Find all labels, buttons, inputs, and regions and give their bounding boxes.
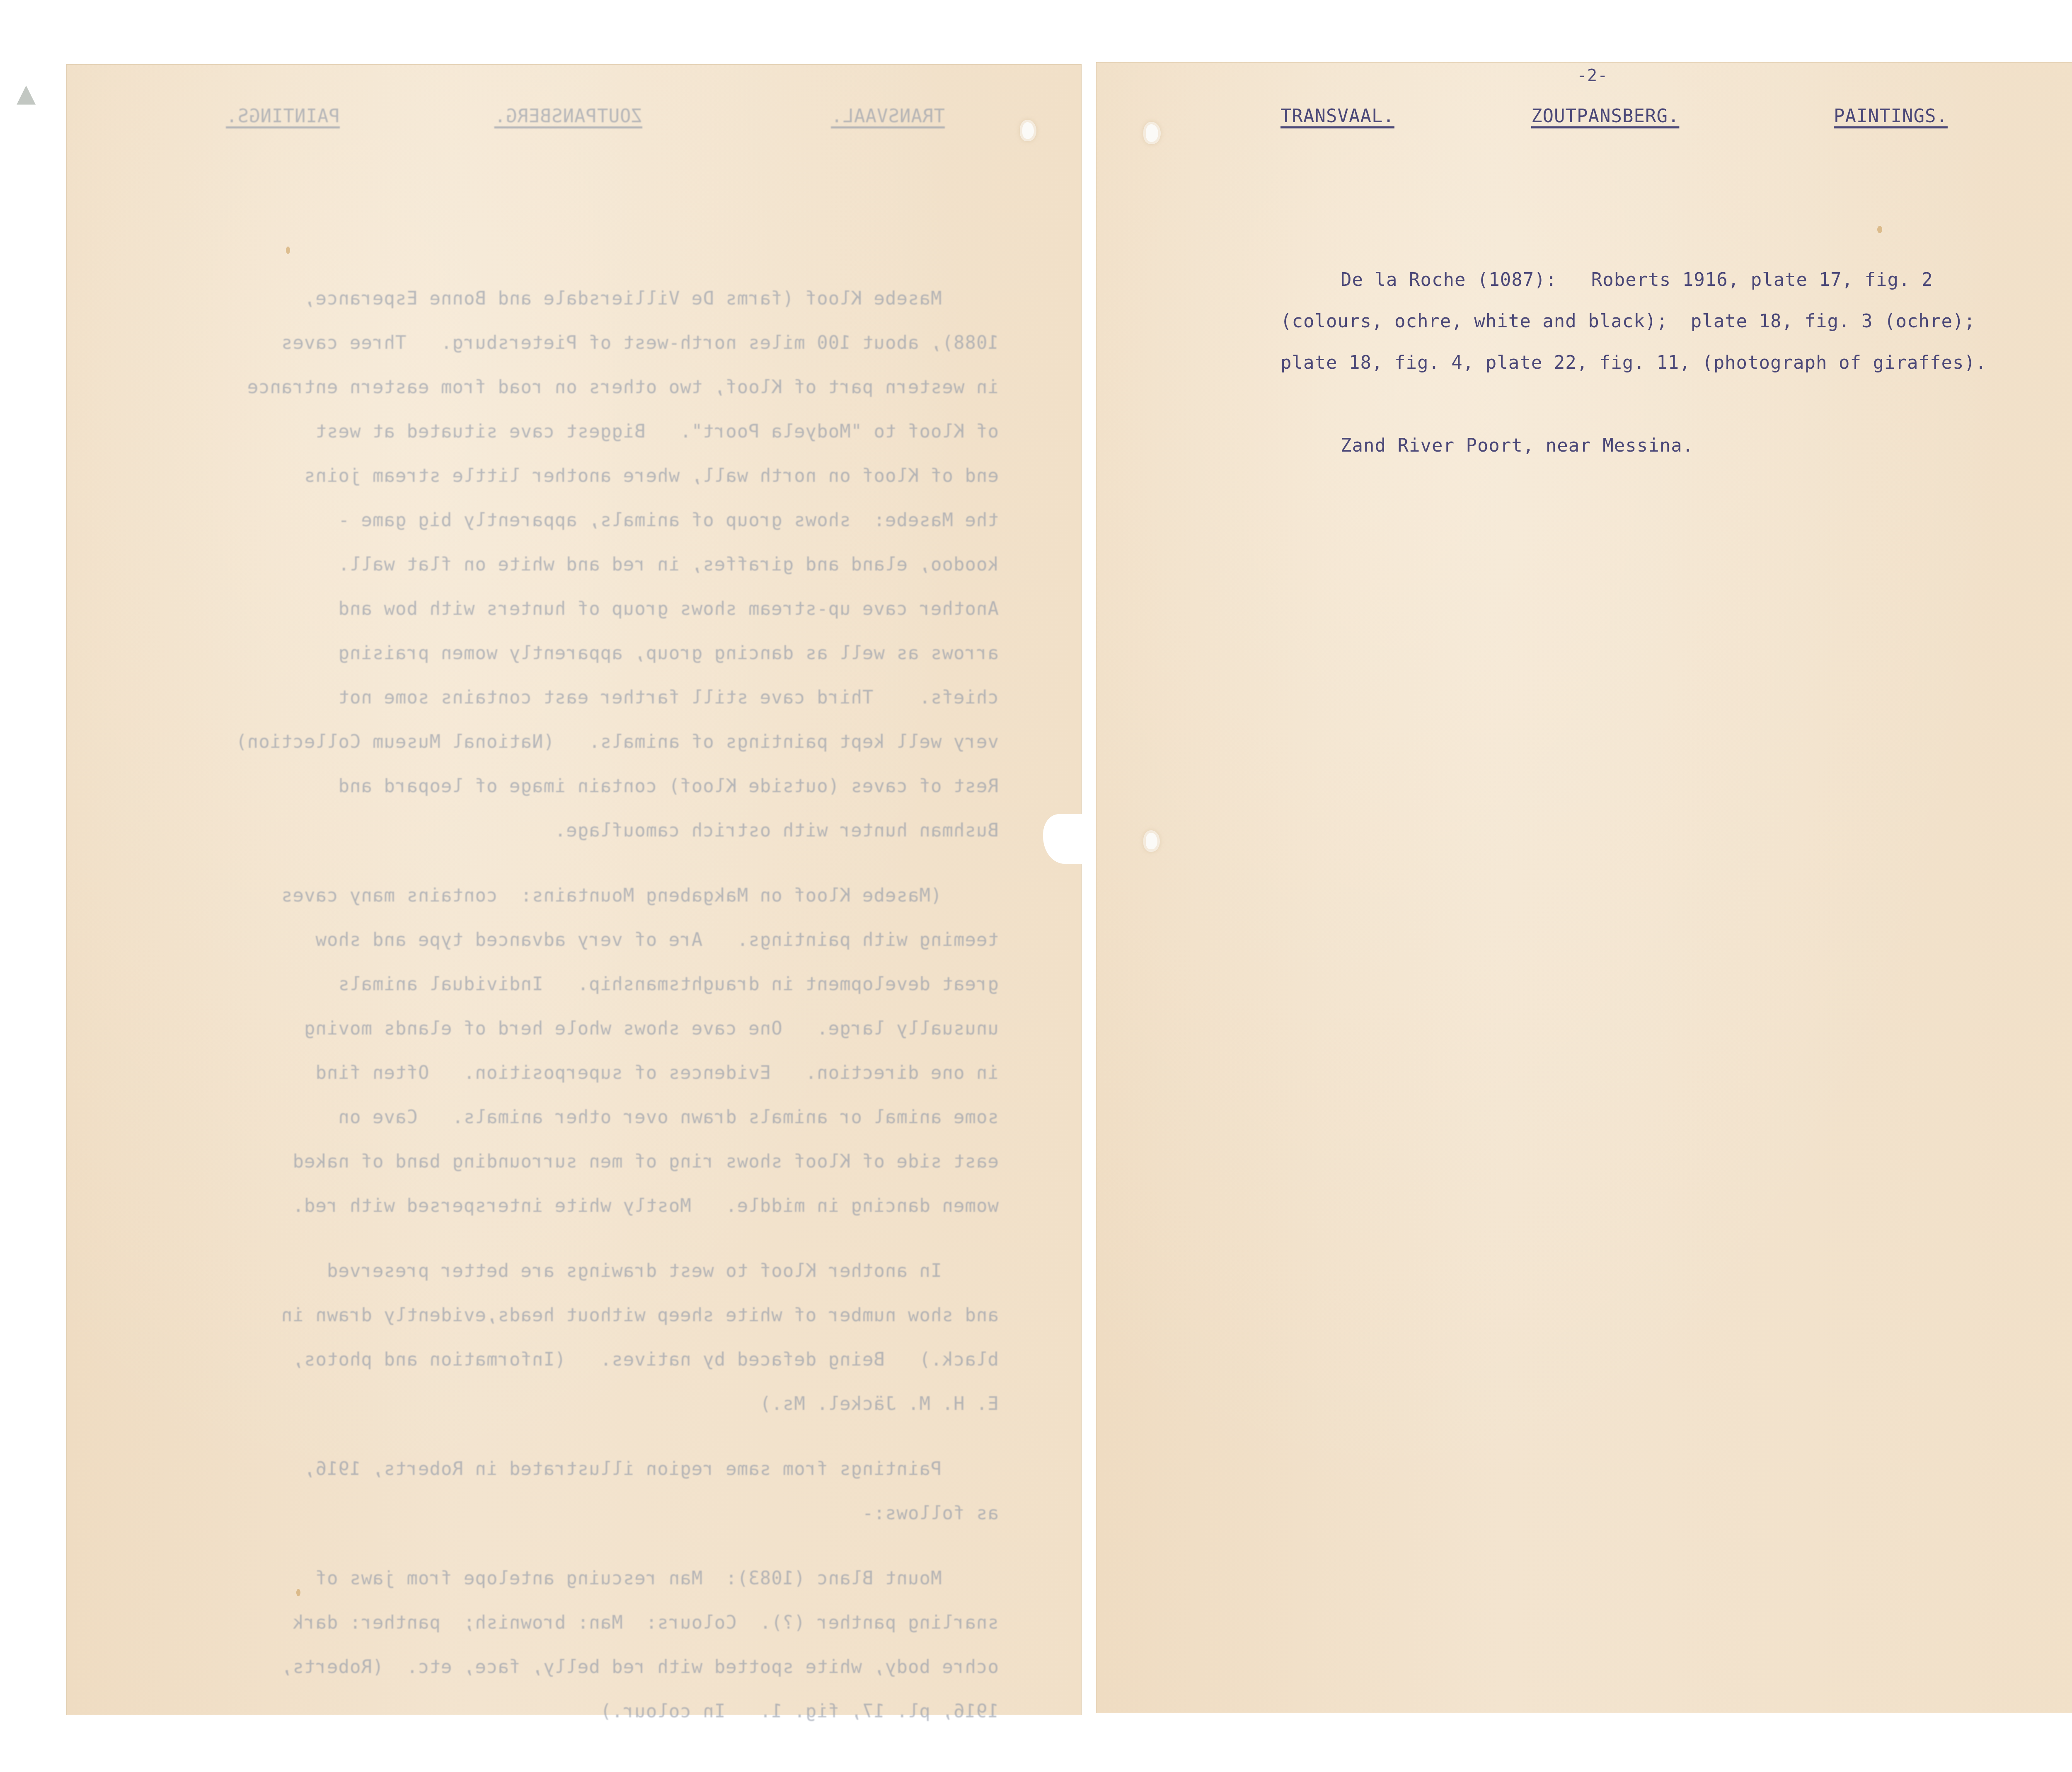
reverse-text-line: east side of Kloof shows ring of men sur… <box>293 1151 999 1172</box>
page-number: -2- <box>1577 66 1608 85</box>
entry-de-la-roche-line-3: plate 18, fig. 4, plate 22, fig. 11, (ph… <box>1280 352 1987 373</box>
reverse-header-paintings: PAINTINGS. <box>226 106 340 127</box>
entry-de-la-roche-line-2: (colours, ochre, white and black); plate… <box>1280 311 1975 332</box>
stain-spot <box>296 1589 300 1596</box>
reverse-text-line: snarling panther (?). Colours: Man: brow… <box>293 1612 999 1633</box>
header-zoutpansberg: ZOUTPANSBERG. <box>1531 106 1679 127</box>
reverse-text-line: Mount Blanc (1083): Man rescuing antelop… <box>315 1568 999 1589</box>
reverse-text-line: 1088), about 100 miles north-west of Pie… <box>281 332 999 353</box>
reverse-text-line: chiefs. Third cave still farther east co… <box>338 687 999 708</box>
reverse-text-line: great development in draughtsmanship. In… <box>338 974 999 995</box>
reverse-page: TRANSVAAL. ZOUTPANSBERG. PAINTINGS. Mase… <box>66 64 1082 1715</box>
reverse-text-line: black.) Being defaced by natives. (Infor… <box>293 1349 999 1370</box>
reverse-text-line: the Masebe: shows group of animals, appa… <box>338 510 999 531</box>
reverse-header-transvaal: TRANSVAAL. <box>831 106 945 127</box>
stain-spot <box>1877 226 1882 233</box>
reverse-text-line: in one direction. Evidences of superposi… <box>315 1062 999 1083</box>
front-page: -2- TRANSVAAL. ZOUTPANSBERG. PAINTINGS. … <box>1096 62 2072 1713</box>
header-paintings: PAINTINGS. <box>1834 106 1948 127</box>
punch-hole <box>1146 124 1158 142</box>
punch-hole <box>1022 122 1034 139</box>
reverse-text-line: teeming with paintings. Are of very adva… <box>315 929 999 950</box>
reverse-header-zoutpansberg: ZOUTPANSBERG. <box>494 106 642 127</box>
header-transvaal: TRANSVAAL. <box>1280 106 1394 127</box>
reverse-text-line: In another Kloof to west drawings are be… <box>327 1260 999 1281</box>
reverse-text-line: Masebe Kloof (farms De Villiersdale and … <box>304 288 999 309</box>
punch-hole <box>1146 833 1157 849</box>
reverse-text-line: Rest of caves (outside Kloof) contain im… <box>338 776 999 797</box>
reverse-text-line: Bushman hunter with ostrich camouflage. <box>554 820 999 841</box>
reverse-text-line: koodoo, eland and giraffes, in red and w… <box>338 554 999 575</box>
reverse-text-line: women dancing in middle. Mostly white in… <box>293 1195 999 1216</box>
reverse-text-line: and show number of white sheep without h… <box>281 1305 999 1326</box>
reverse-text-line: in western part of Kloof, two others on … <box>247 377 999 398</box>
reverse-text-line: E. H. M. Jäckel. Ms.) <box>760 1393 999 1414</box>
reverse-text-line: some animal or animals drawn over other … <box>338 1107 999 1128</box>
mirrored-show-through: TRANSVAAL. ZOUTPANSBERG. PAINTINGS. Mase… <box>66 64 1082 1715</box>
entry-de-la-roche-line-1: De la Roche (1087): Roberts 1916, plate … <box>1341 269 1933 290</box>
reverse-text-line: arrows as well as dancing group, apparen… <box>338 643 999 664</box>
reverse-text-line: very well kept paintings of animals. (Na… <box>235 731 999 752</box>
entry-zand-river-poort: Zand River Poort, near Messina. <box>1341 435 1694 456</box>
stain-spot <box>286 247 290 254</box>
reverse-text-line: unusually large. One cave shows whole he… <box>304 1018 999 1039</box>
reverse-text-line: Paintings from same region illustrated i… <box>304 1458 999 1479</box>
reverse-text-line: (Masebe Kloof on Makgabeng Mountains: co… <box>281 885 999 906</box>
reverse-text-line: of Kloof to "Modyela Poort". Biggest cav… <box>315 421 999 442</box>
reverse-text-line: Another cave up-stream shows group of hu… <box>338 598 999 619</box>
reverse-text-line: as follows:- <box>862 1503 999 1524</box>
scan-artifact: ▲ <box>17 79 36 108</box>
reverse-text-line: ochre body, white spotted with red belly… <box>281 1656 999 1678</box>
reverse-text-line: end of Kloof on north wall, where anothe… <box>304 465 999 486</box>
reverse-text-line: 1916, pl. 17, fig. 1. In colour.) <box>600 1701 999 1722</box>
